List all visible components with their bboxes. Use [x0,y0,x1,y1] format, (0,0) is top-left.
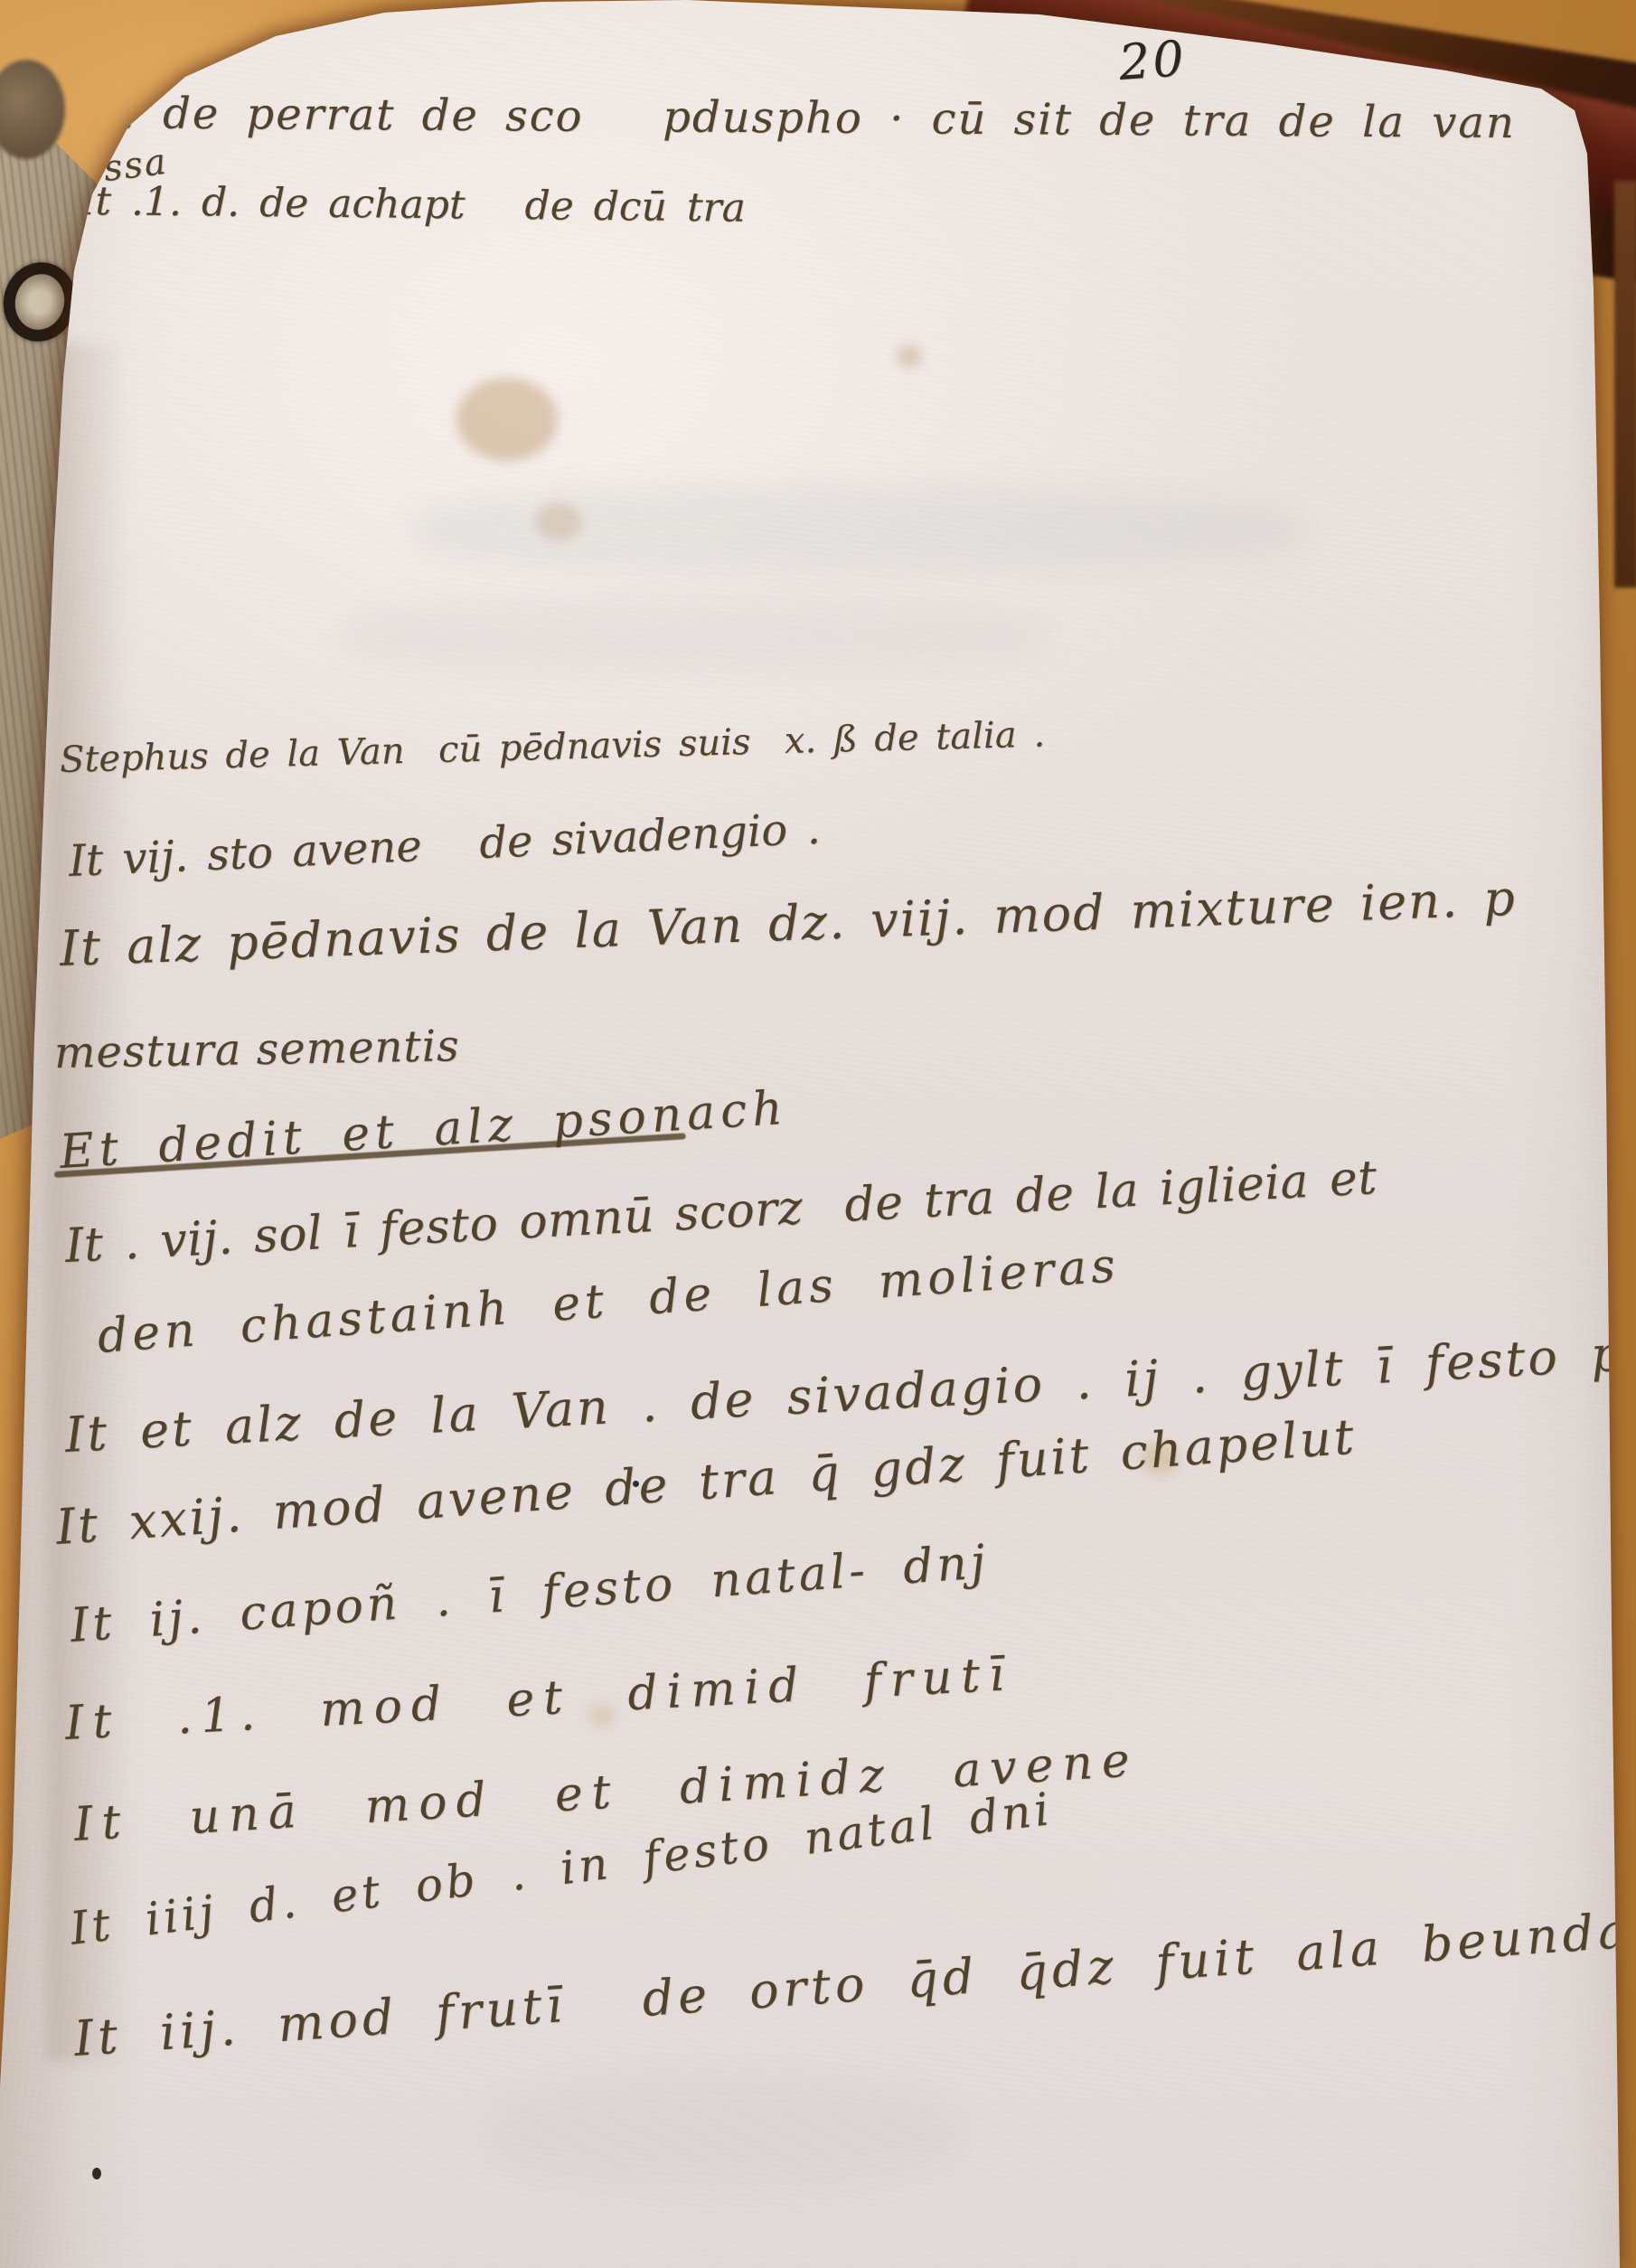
verso-show-through [488,2079,958,2188]
manuscript-page: 20 G. de perrat de sco pduspho · cū sit … [0,0,1636,2268]
header-line-1: G. de perrat de sco pduspho · cū sit de … [86,90,1516,146]
entry-line: mestura sementis [54,1023,461,1076]
header-line-3: It .1. d. de achapt de dcū tra [80,181,746,230]
manuscript-photo: 20 G. de perrat de sco pduspho · cū sit … [0,0,1636,2268]
page-wrapper: 20 G. de perrat de sco pduspho · cū sit … [0,0,1636,2268]
stain [897,345,922,367]
verso-show-through [343,598,1048,673]
stain [456,378,558,461]
folio-number: 20 [1117,30,1189,91]
ink-speck [92,2168,101,2179]
verso-show-through [416,488,1302,571]
